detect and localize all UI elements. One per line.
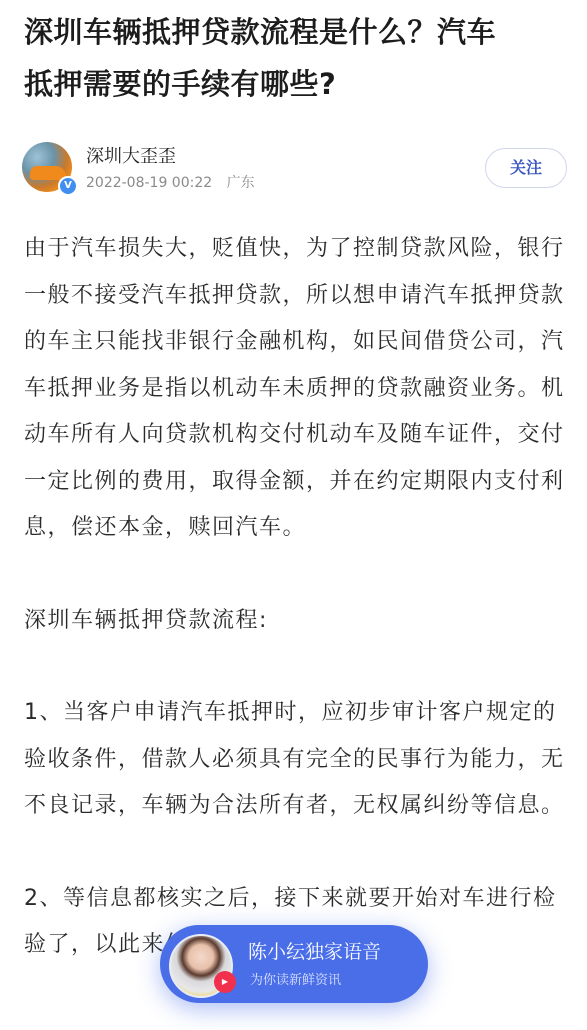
paragraph: 1、当客户申请汽车抵押时，应初步审计客户规定的验收条件，借款人必须具有完全的民事… <box>24 690 569 830</box>
section-heading: 深圳车辆抵押贷款流程: <box>24 598 569 645</box>
publish-date: 2022-08-19 00:22 <box>86 175 212 191</box>
article-title: 深圳车辆抵押贷款流程是什么？汽车 抵押需要的手续有哪些? <box>24 6 564 110</box>
verified-badge-icon: V <box>58 176 78 196</box>
voice-title: 陈小纭独家语音 <box>248 937 381 964</box>
voice-reader-bubble[interactable]: ▶ 陈小纭独家语音 为你读新鲜资讯 <box>160 925 428 1003</box>
author-name[interactable]: 深圳大歪歪 <box>86 142 176 168</box>
publish-location: 广东 <box>227 175 255 191</box>
follow-button[interactable]: 关注 <box>485 148 567 188</box>
title-line-1: 深圳车辆抵押贷款流程是什么？汽车 <box>24 6 564 58</box>
author-meta: 2022-08-19 00:22 广东 <box>86 172 255 192</box>
author-row: V 深圳大歪歪 2022-08-19 00:22 广东 关注 <box>22 140 567 194</box>
play-icon[interactable]: ▶ <box>214 971 236 993</box>
article-body: 由于汽车损失大，贬值快，为了控制贷款风险，银行一般不接受汽车抵押贷款，所以想申请… <box>24 226 569 1015</box>
title-line-2: 抵押需要的手续有哪些? <box>24 58 564 110</box>
voice-subtitle: 为你读新鲜资讯 <box>250 969 341 988</box>
paragraph: 由于汽车损失大，贬值快，为了控制贷款风险，银行一般不接受汽车抵押贷款，所以想申请… <box>24 226 569 552</box>
